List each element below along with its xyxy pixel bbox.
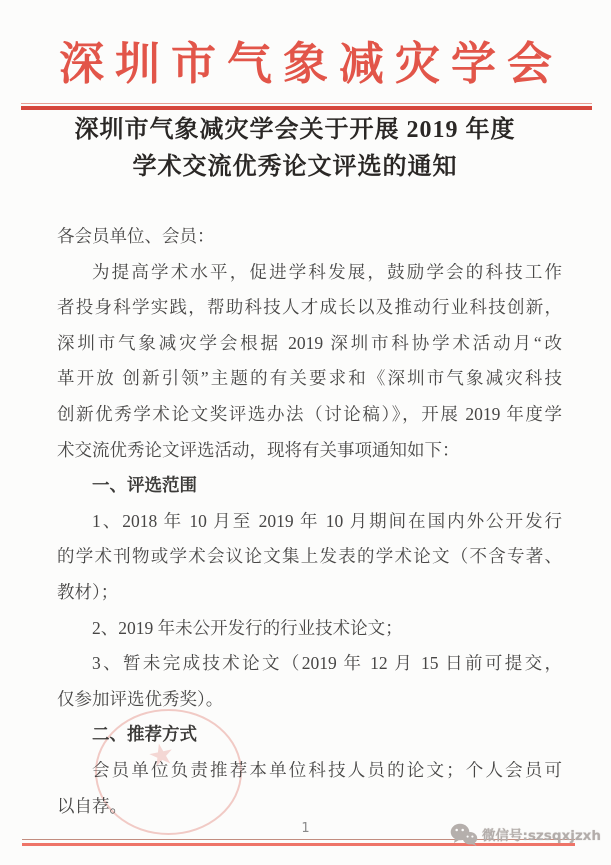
document-page: 深圳市气象减灾学会 深圳市气象减灾学会关于开展 2019 年度 学术交流优秀论文… bbox=[0, 0, 611, 865]
body-line: 深圳市气象减灾学会根据 2019 深圳市科协学术活动月“改 bbox=[57, 326, 562, 362]
wechat-icon bbox=[450, 822, 478, 847]
body-line: 教材）； bbox=[57, 575, 562, 611]
body-line: 仅参加评选优秀奖）。 bbox=[57, 682, 562, 718]
body-line: 会员单位负责推荐本单位科技人员的论文；个人会员可 bbox=[57, 753, 562, 789]
body-line: 3、暂未完成技术论文（2019 年 12 月 15 日前可提交， bbox=[57, 646, 562, 682]
masthead-divider bbox=[21, 103, 592, 110]
document-body: 各会员单位、会员：为提高学术水平，促进学科发展，鼓励学会的科技工作者投身科学实践… bbox=[57, 219, 562, 824]
body-line: 二、推荐方式 bbox=[57, 717, 562, 753]
body-line: 革开放 创新引领”主题的有关要求和《深圳市气象减灾科技 bbox=[57, 361, 562, 397]
watermark-label: 微信号:szsqxjzxh bbox=[482, 824, 601, 844]
body-line: 术交流优秀论文评选活动，现将有关事项通知如下： bbox=[57, 433, 562, 469]
divider-thin-line bbox=[21, 103, 592, 104]
body-line: 以自荐。 bbox=[57, 789, 562, 825]
body-line: 各会员单位、会员： bbox=[57, 219, 562, 255]
body-line: 的学术刊物或学术会议论文集上发表的学术论文（不含专著、 bbox=[57, 539, 562, 575]
org-masthead: 深圳市气象减灾学会 bbox=[0, 27, 611, 92]
watermark: 微信号:szsqxjzxh bbox=[450, 820, 601, 848]
body-line: 1、2018 年 10 月至 2019 年 10 月期间在国内外公开发行 bbox=[57, 504, 562, 540]
body-line: 2、2019 年未公开发行的行业技术论文； bbox=[57, 611, 562, 647]
document-title-line2: 学术交流优秀论文评选的通知 bbox=[0, 149, 590, 186]
body-line: 为提高学术水平，促进学科发展，鼓励学会的科技工作 bbox=[57, 255, 562, 291]
body-line: 一、评选范围 bbox=[57, 468, 562, 504]
document-title-line1: 深圳市气象减灾学会关于开展 2019 年度 bbox=[0, 112, 590, 149]
divider-thick-line bbox=[21, 106, 592, 110]
body-line: 者投身科学实践，帮助科技人才成长以及推动行业科技创新， bbox=[57, 290, 562, 326]
document-title: 深圳市气象减灾学会关于开展 2019 年度 学术交流优秀论文评选的通知 bbox=[0, 112, 590, 186]
body-line: 创新优秀学术论文奖评选办法（讨论稿）》，开展 2019 年度学 bbox=[57, 397, 562, 433]
